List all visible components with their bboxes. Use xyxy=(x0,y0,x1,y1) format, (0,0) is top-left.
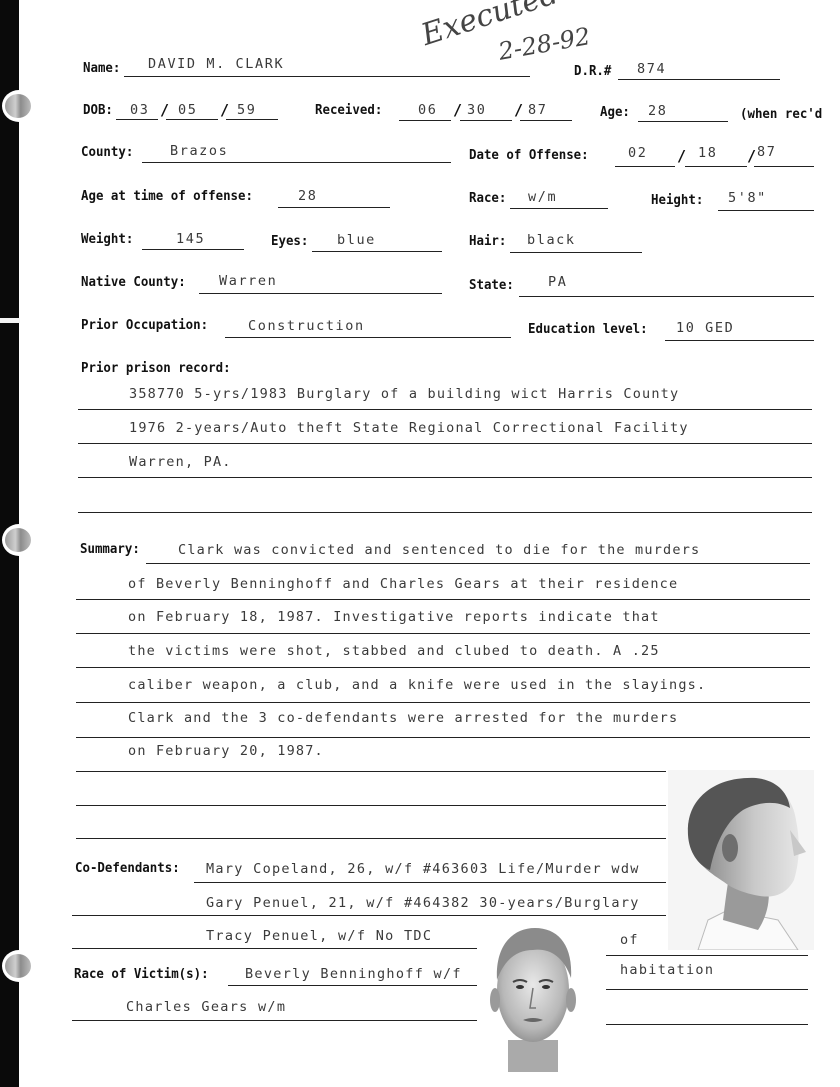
weight-value: 145 xyxy=(176,231,205,247)
offense-date-label: Date of Offense: xyxy=(469,147,589,163)
education-value: 10 GED xyxy=(676,320,734,336)
age-label: Age: xyxy=(600,104,630,120)
summary-line-6: Clark and the 3 co-defendants were arres… xyxy=(128,710,678,726)
front-mugshot xyxy=(483,920,583,1072)
height-value: 5'8" xyxy=(728,190,767,206)
hair-value: black xyxy=(527,232,576,248)
profile-portrait-icon xyxy=(668,770,814,950)
dr-value: 874 xyxy=(637,61,666,77)
rule-line xyxy=(76,702,810,703)
dob-day-line xyxy=(166,119,218,120)
dob-label: DOB: xyxy=(83,102,113,118)
dob-day: 05 xyxy=(178,102,197,118)
received-day: 30 xyxy=(467,102,486,118)
victim-1: Beverly Benninghoff w/f xyxy=(245,966,462,982)
date-separator: / xyxy=(677,147,686,165)
received-year: 87 xyxy=(528,102,547,118)
prior-record-line-1: 358770 5-yrs/1983 Burglary of a building… xyxy=(129,386,679,402)
height-line xyxy=(718,210,814,211)
name-label: Name: xyxy=(83,60,120,76)
state-value: PA xyxy=(548,274,567,290)
name-value: DAVID M. CLARK xyxy=(148,56,284,72)
dr-line xyxy=(618,79,780,80)
native-county-line xyxy=(199,293,442,294)
dob-month-line xyxy=(116,119,158,120)
dob-year-line xyxy=(226,119,278,120)
offense-month-line xyxy=(615,166,675,167)
offense-year-line xyxy=(754,166,814,167)
rule-line xyxy=(76,805,666,806)
summary-line-3: on February 18, 1987. Investigative repo… xyxy=(128,609,660,625)
rule-line xyxy=(76,667,810,668)
date-separator: / xyxy=(160,101,169,119)
victim-2: Charles Gears w/m xyxy=(126,999,286,1015)
rule-line xyxy=(606,1024,808,1025)
offense-year: 87 xyxy=(757,144,776,160)
rule-line xyxy=(146,563,810,564)
rule-line xyxy=(78,443,812,444)
offense-day-line xyxy=(685,166,747,167)
binder-gap xyxy=(0,318,20,323)
co-defendant-3: Tracy Penuel, w/f No TDC xyxy=(206,928,432,944)
co-defendants-label: Co-Defendants: xyxy=(75,860,180,876)
offense-month: 02 xyxy=(628,145,647,161)
education-label: Education level: xyxy=(528,321,648,337)
height-label: Height: xyxy=(651,192,703,208)
rule-line xyxy=(228,985,477,986)
co-defendant-continuation-2: habitation xyxy=(620,962,714,978)
rule-line xyxy=(76,633,810,634)
rule-line xyxy=(606,989,808,990)
summary-line-7: on February 20, 1987. xyxy=(128,743,324,759)
received-day-line xyxy=(460,120,512,121)
occupation-label: Prior Occupation: xyxy=(81,317,208,333)
co-defendant-1: Mary Copeland, 26, w/f #463603 Life/Murd… xyxy=(206,861,640,877)
rule-line xyxy=(76,599,810,600)
summary-line-4: the victims were shot, stabbed and clube… xyxy=(128,643,660,659)
date-separator: / xyxy=(220,101,229,119)
hair-line xyxy=(510,252,642,253)
state-label: State: xyxy=(469,277,514,293)
received-label: Received: xyxy=(315,102,382,118)
summary-line-2: of Beverly Benninghoff and Charles Gears… xyxy=(128,576,678,592)
co-defendant-2: Gary Penuel, 21, w/f #464382 30-years/Bu… xyxy=(206,895,640,911)
date-separator: / xyxy=(747,147,756,165)
race-label: Race: xyxy=(469,190,506,206)
race-value: w/m xyxy=(528,189,557,205)
prior-record-line-2: 1976 2-years/Auto theft State Regional C… xyxy=(129,420,689,436)
eyes-label: Eyes: xyxy=(271,233,308,249)
rule-line xyxy=(78,512,812,513)
state-line xyxy=(519,296,814,297)
occupation-line xyxy=(225,337,511,338)
co-defendant-continuation-1: of xyxy=(620,932,639,948)
prior-record-line-3: Warren, PA. xyxy=(129,454,232,470)
date-separator: / xyxy=(514,101,523,119)
received-month: 06 xyxy=(418,102,437,118)
education-line xyxy=(665,340,814,341)
age-note: (when rec'd xyxy=(740,106,822,122)
rule-line xyxy=(78,409,812,410)
rule-line xyxy=(72,1020,477,1021)
victims-label: Race of Victim(s): xyxy=(74,966,209,982)
occupation-value: Construction xyxy=(248,318,365,334)
age-value: 28 xyxy=(648,103,667,119)
age-at-offense-line xyxy=(278,207,390,208)
age-at-offense-label: Age at time of offense: xyxy=(81,188,253,204)
front-portrait-icon xyxy=(483,920,583,1072)
native-county-value: Warren xyxy=(219,273,277,289)
dr-label: D.R.# xyxy=(574,63,611,79)
dob-year: 59 xyxy=(237,102,256,118)
rule-line xyxy=(78,477,812,478)
handwritten-execution-date: 2-28-92 xyxy=(496,22,592,66)
hair-label: Hair: xyxy=(469,233,506,249)
summary-line-5: caliber weapon, a club, and a knife were… xyxy=(128,677,706,693)
rule-line xyxy=(76,737,810,738)
profile-mugshot xyxy=(668,770,814,950)
received-year-line xyxy=(520,120,572,121)
eyes-value: blue xyxy=(337,232,376,248)
dob-month: 03 xyxy=(130,102,149,118)
weight-label: Weight: xyxy=(81,231,133,247)
date-separator: / xyxy=(453,101,462,119)
name-line xyxy=(124,76,530,77)
offense-day: 18 xyxy=(698,145,717,161)
county-label: County: xyxy=(81,144,133,160)
county-value: Brazos xyxy=(170,143,228,159)
rule-line xyxy=(76,838,666,839)
summary-label: Summary: xyxy=(80,541,140,557)
prior-record-label: Prior prison record: xyxy=(81,360,231,376)
race-line xyxy=(510,208,608,209)
rule-line xyxy=(194,882,666,883)
punch-hole xyxy=(2,950,36,982)
punch-hole xyxy=(2,524,36,556)
rule-line xyxy=(606,955,808,956)
rule-line xyxy=(76,771,666,772)
native-county-label: Native County: xyxy=(81,274,186,290)
eyes-line xyxy=(312,251,442,252)
received-month-line xyxy=(399,120,451,121)
county-line xyxy=(142,162,451,163)
punch-hole xyxy=(2,90,36,122)
summary-line-1: Clark was convicted and sentenced to die… xyxy=(178,542,700,558)
rule-line xyxy=(72,948,477,949)
age-line xyxy=(638,121,728,122)
rule-line xyxy=(72,915,666,916)
age-at-offense-value: 28 xyxy=(298,188,317,204)
weight-line xyxy=(142,249,244,250)
